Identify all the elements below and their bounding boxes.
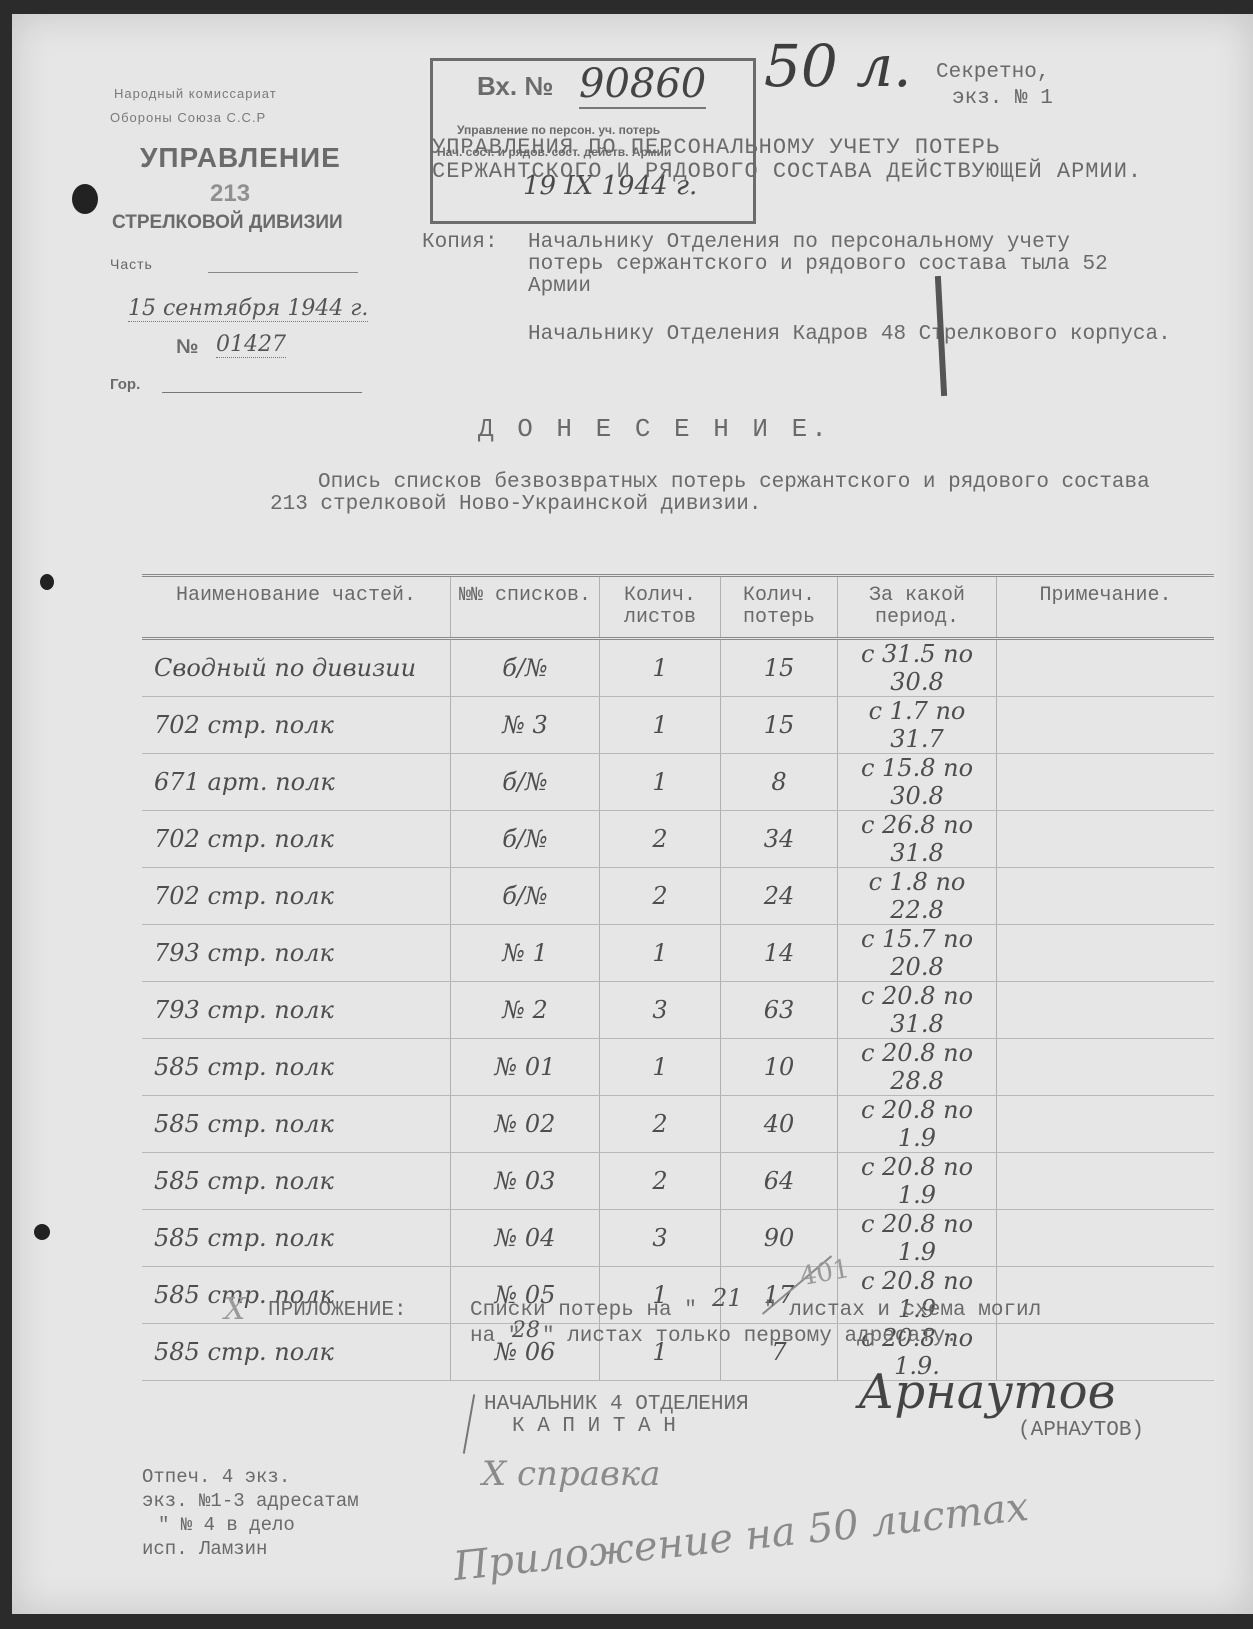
cell-note	[997, 811, 1215, 868]
cell-unit: 585 стр. полк	[142, 1096, 451, 1153]
cell-note	[997, 754, 1215, 811]
copy-recipient-1: Начальнику Отделения по персональному уч…	[528, 232, 1128, 298]
outgoing-date: 15 сентября 1944 г.	[128, 296, 368, 322]
registration-label: Вх. №	[477, 71, 553, 102]
cell-unit: 585 стр. полк	[142, 1039, 451, 1096]
cell-sheets: 1	[600, 1039, 721, 1096]
outgoing-number: 01427	[216, 332, 286, 358]
number-label: №	[176, 336, 198, 359]
cell-list-no: № 03	[451, 1153, 600, 1210]
copy-recipient-2: Начальнику Отделения Кадров 48 Стрелково…	[528, 324, 1208, 346]
appendix-sheets-graves: 28	[512, 1318, 540, 1343]
cell-sheets: 2	[600, 1096, 721, 1153]
cell-unit: 671 арт. полк	[142, 754, 451, 811]
ink-spot	[72, 184, 98, 214]
cell-period: с 20.8 по 1.9	[838, 1210, 997, 1267]
cell-losses: 40	[721, 1096, 838, 1153]
cell-unit: 793 стр. полк	[142, 925, 451, 982]
cell-period: с 15.7 по 20.8	[838, 925, 997, 982]
cell-unit: 793 стр. полк	[142, 982, 451, 1039]
cell-sheets: 2	[600, 868, 721, 925]
table-row: 585 стр. полк№ 03264с 20.8 по 1.9	[142, 1153, 1214, 1210]
table-row: 671 арт. полкб/№18с 15.8 по 30.8	[142, 754, 1214, 811]
cell-losses: 63	[721, 982, 838, 1039]
appendix-label: ПРИЛОЖЕНИЕ:	[268, 1300, 407, 1322]
cell-losses: 10	[721, 1039, 838, 1096]
ink-spot	[40, 574, 54, 590]
cell-unit: 585 стр. полк	[142, 1324, 451, 1381]
table-header-row: Наименование частей. №№ списков. Колич. …	[142, 576, 1214, 639]
cell-period: с 20.8 по 28.8	[838, 1039, 997, 1096]
header-unit: Наименование частей.	[142, 576, 451, 639]
appendix-mark: Х	[224, 1292, 245, 1327]
table-row: 702 стр. полк№ 3115с 1.7 по 31.7	[142, 697, 1214, 754]
ink-spot	[34, 1224, 50, 1240]
secrecy-line2: экз. № 1	[952, 88, 1053, 110]
table-row: 793 стр. полк№ 1114с 15.7 по 20.8	[142, 925, 1214, 982]
appendix-line1b: " листах и схема могил	[764, 1300, 1041, 1322]
cell-losses: 15	[721, 697, 838, 754]
cell-period: с 31.5 по 30.8	[838, 639, 997, 697]
cell-period: с 20.8 по 31.8	[838, 982, 997, 1039]
distribution-line4: исп. Ламзин	[142, 1538, 267, 1560]
cell-note	[997, 639, 1215, 697]
cell-unit: 702 стр. полк	[142, 868, 451, 925]
distribution-line2: экз. №1-3 адресатам	[142, 1490, 359, 1512]
cell-list-no: б/№	[451, 868, 600, 925]
pencil-stroke	[463, 1394, 475, 1453]
copies-label: Копия:	[422, 232, 498, 254]
stamp-subtitle: СТРЕЛКОВОЙ ДИВИЗИИ	[112, 212, 343, 234]
document-description: Опись списков безвозвратных потерь сержа…	[270, 472, 1190, 516]
stamp-title: УПРАВЛЕНИЕ	[140, 142, 341, 174]
cell-list-no: № 02	[451, 1096, 600, 1153]
stamp-commissariat-line1: Народный комиссариат	[114, 86, 277, 101]
cell-note	[997, 868, 1215, 925]
stamp-division-number: 213	[210, 180, 250, 208]
cell-period: с 26.8 по 31.8	[838, 811, 997, 868]
appendix-line2b: " листах только первому адресату.	[542, 1326, 958, 1348]
cell-sheets: 1	[600, 925, 721, 982]
table-row: 585 стр. полк№ 02240с 20.8 по 1.9	[142, 1096, 1214, 1153]
cell-note	[997, 982, 1215, 1039]
cell-losses: 24	[721, 868, 838, 925]
cell-sheets: 1	[600, 754, 721, 811]
cell-list-no: б/№	[451, 639, 600, 697]
cell-period: с 1.7 по 31.7	[838, 697, 997, 754]
cell-unit: 585 стр. полк	[142, 1210, 451, 1267]
cell-period: с 15.8 по 30.8	[838, 754, 997, 811]
table-row: 585 стр. полк№ 01110с 20.8 по 28.8	[142, 1039, 1214, 1096]
cell-note	[997, 697, 1215, 754]
signature-handwritten: Арнаутов	[858, 1364, 1116, 1420]
city-underline	[162, 392, 362, 393]
cell-note	[997, 925, 1215, 982]
cell-list-no: № 1	[451, 925, 600, 982]
cell-list-no: № 01	[451, 1039, 600, 1096]
appendix-sheets-lists: 21	[712, 1284, 743, 1312]
document-page: Народный комиссариат Обороны Союза С.С.Р…	[12, 14, 1253, 1614]
registration-number: 90860	[579, 61, 706, 109]
cell-unit: Сводный по дивизии	[142, 639, 451, 697]
cell-sheets: 2	[600, 1153, 721, 1210]
document-title: Д О Н Е С Е Н И Е.	[478, 418, 831, 440]
distribution-line3: " № 4 в дело	[158, 1514, 295, 1536]
cell-sheets: 3	[600, 982, 721, 1039]
sheet-count-annotation: 50 л.	[764, 32, 912, 100]
table-row: Сводный по дивизииб/№115с 31.5 по 30.8	[142, 639, 1214, 697]
cell-note	[997, 1153, 1215, 1210]
cell-list-no: № 2	[451, 982, 600, 1039]
cell-losses: 14	[721, 925, 838, 982]
header-note: Примечание.	[997, 576, 1215, 639]
handwritten-note-2: Приложение на 50 листах	[451, 1484, 1031, 1590]
header-period: За какой период.	[838, 576, 997, 639]
cell-period: с 1.8 по 22.8	[838, 868, 997, 925]
cell-sheets: 2	[600, 811, 721, 868]
cell-list-no: б/№	[451, 811, 600, 868]
cell-unit: 585 стр. полк	[142, 1153, 451, 1210]
signature-position: НАЧАЛЬНИК 4 ОТДЕЛЕНИЯ	[484, 1394, 749, 1416]
cell-losses: 15	[721, 639, 838, 697]
cell-losses: 64	[721, 1153, 838, 1210]
handwritten-note-1: Х справка	[482, 1454, 660, 1494]
cell-period: с 20.8 по 1.9	[838, 1096, 997, 1153]
signature-rank: К А П И Т А Н	[512, 1416, 676, 1438]
header-sheets: Колич. листов	[600, 576, 721, 639]
cell-note	[997, 1039, 1215, 1096]
cell-sheets: 1	[600, 639, 721, 697]
cell-list-no: № 3	[451, 697, 600, 754]
cell-period: с 20.8 по 1.9	[838, 1153, 997, 1210]
secrecy-line1: Секретно,	[936, 62, 1049, 84]
distribution-line1: Отпеч. 4 экз.	[142, 1466, 290, 1488]
losses-table: Наименование частей. №№ списков. Колич. …	[142, 574, 1214, 1381]
cell-list-no: № 04	[451, 1210, 600, 1267]
cell-sheets: 3	[600, 1210, 721, 1267]
table-row: 702 стр. полкб/№234с 26.8 по 31.8	[142, 811, 1214, 868]
table-row: 702 стр. полкб/№224с 1.8 по 22.8	[142, 868, 1214, 925]
cell-unit: 702 стр. полк	[142, 811, 451, 868]
table-row: 793 стр. полк№ 2363с 20.8 по 31.8	[142, 982, 1214, 1039]
header-list-no: №№ списков.	[451, 576, 600, 639]
cell-unit: 702 стр. полк	[142, 697, 451, 754]
cell-sheets: 1	[600, 697, 721, 754]
table-row: 585 стр. полк№ 04390с 20.8 по 1.9	[142, 1210, 1214, 1267]
stamp-commissariat-line2: Обороны Союза С.С.Р	[110, 110, 266, 125]
part-underline	[208, 272, 358, 273]
appendix-line1a: Списки потерь на "	[470, 1300, 697, 1322]
main-recipient: УПРАВЛЕНИЯ ПО ПЕРСОНАЛЬНОМУ УЧЕТУ ПОТЕРЬ…	[432, 136, 1152, 184]
city-label: Гор.	[110, 376, 140, 393]
cell-list-no: б/№	[451, 754, 600, 811]
cell-note	[997, 1096, 1215, 1153]
cell-losses: 8	[721, 754, 838, 811]
cell-note	[997, 1210, 1215, 1267]
signature-name: (АРНАУТОВ)	[1018, 1420, 1144, 1442]
header-losses: Колич. потерь	[721, 576, 838, 639]
part-label: Часть	[110, 256, 153, 272]
cell-losses: 34	[721, 811, 838, 868]
